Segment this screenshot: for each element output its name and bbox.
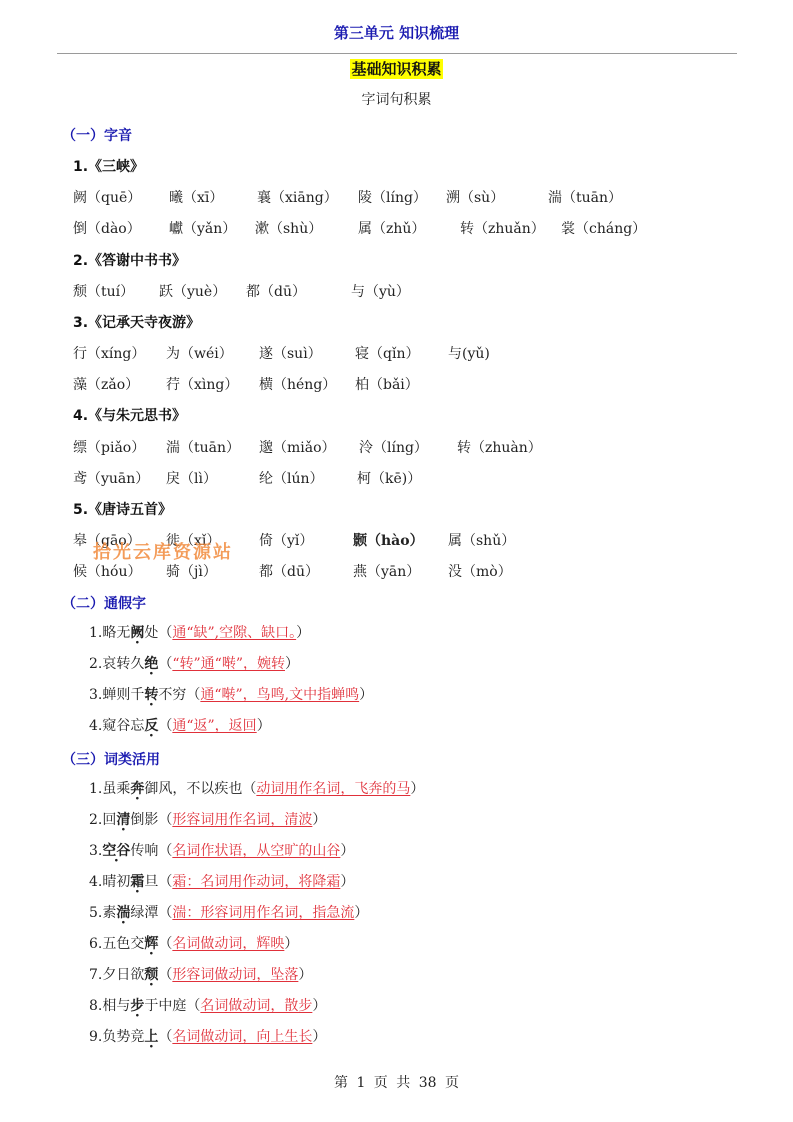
lesson-heading: 5.《唐诗五首》: [73, 499, 172, 519]
part-heading-tongjiazi: （二）通假字: [62, 593, 146, 613]
pinyin-entry: 荇（xìng）: [166, 374, 238, 394]
part-heading-pronunciation: （一）字音: [62, 125, 132, 145]
pinyin-entry: 缥（piǎo）: [73, 437, 145, 457]
wordclass-item: 4.晴初霜旦（霜：名词用作动词，将降霜）: [89, 871, 354, 891]
tongjiazi-item: 2.哀转久绝（“转”通“啭”，婉转）: [89, 653, 299, 673]
answer-text: 名词做动词，向上生长: [172, 1029, 312, 1045]
subtitle: 字词句积累: [0, 89, 793, 109]
pinyin-entry: 与（yù）: [351, 281, 410, 301]
item-prefix: 2.回: [89, 812, 116, 828]
answer-text: 名词做动词，辉映: [172, 936, 284, 952]
answer-text: 湍：形容词用作名词，指急流: [172, 905, 354, 921]
pinyin-entry: 裳（cháng）: [561, 218, 646, 238]
wordclass-item: 5.素湍绿潭（湍：形容词用作名词，指急流）: [89, 902, 368, 922]
wordclass-item: 1.虽乘奔御风，不以疾也（动词用作名词，飞奔的马）: [89, 778, 424, 798]
item-prefix: 4.晴初: [89, 874, 130, 890]
key-char: 转: [144, 687, 158, 703]
pinyin-entry: 陵（líng）: [358, 187, 427, 207]
pinyin-entry: 阙（quē）: [73, 187, 141, 207]
item-prefix: 4.窥谷忘: [89, 718, 144, 734]
key-char: 湍: [116, 905, 130, 921]
pinyin-entry: 柏（bǎi）: [355, 374, 419, 394]
close-paren: ）: [284, 936, 298, 952]
item-prefix: 3.: [89, 843, 102, 859]
pinyin-entry: 燕（yān）: [353, 561, 420, 581]
pinyin-entry: 纶（lún）: [259, 468, 324, 488]
close-paren: ）: [312, 1029, 326, 1045]
wordclass-item: 3.空谷传响（名词作状语，从空旷的山谷）: [89, 840, 354, 860]
key-char: 霜: [130, 874, 144, 890]
answer-text: 动词用作名词，飞奔的马: [256, 781, 410, 797]
pinyin-entry: 都（dū）: [259, 561, 319, 581]
key-char: 反: [144, 718, 158, 734]
tongjiazi-item: 3.蝉则千转不穷（通“啭”，鸟鸣,文中指蝉鸣）: [89, 684, 373, 704]
wordclass-item: 7.夕日欲颓（形容词做动词，坠落）: [89, 964, 312, 984]
close-paren: ）: [340, 874, 354, 890]
wordclass-item: 9.负势竞上（名词做动词，向上生长）: [89, 1026, 326, 1046]
pinyin-entry: 戾（lì）: [166, 468, 217, 488]
answer-text: 通“返”，返回: [172, 718, 256, 734]
lesson-heading: 1.《三峡》: [73, 156, 144, 176]
close-paren: ）: [296, 625, 310, 641]
close-paren: ）: [312, 998, 326, 1014]
page-header-title: 第三单元 知识梳理: [0, 22, 793, 43]
pinyin-entry: 横（héng）: [259, 374, 336, 394]
pinyin-entry: 转（zhuàn）: [457, 437, 542, 457]
pinyin-entry: 湍（tuān）: [166, 437, 240, 457]
item-text: （: [158, 936, 172, 952]
lesson-heading: 3.《记承天寺夜游》: [73, 312, 200, 332]
tongjiazi-item: 1.略无阙处（通“缺”,空隙、缺口。）: [89, 622, 310, 642]
item-prefix: 6.五色交: [89, 936, 144, 952]
lesson-heading: 4.《与朱元思书》: [73, 405, 186, 425]
pinyin-entry: 候（hóu）: [73, 561, 141, 581]
section-banner: 基础知识积累: [0, 58, 793, 79]
pinyin-entry: 属（zhǔ）: [358, 218, 425, 238]
item-text: 御风，不以疾也（: [144, 781, 256, 797]
close-paren: ）: [354, 905, 368, 921]
page-footer: 第 1 页 共 38 页: [0, 1072, 793, 1092]
answer-text: 通“啭”，鸟鸣,文中指蝉鸣: [200, 687, 359, 703]
pinyin-entry: 骑（jì）: [166, 561, 217, 581]
close-paren: ）: [298, 967, 312, 983]
watermark: 拾光云库资源站: [93, 538, 233, 564]
answer-text: 形容词做动词，坠落: [172, 967, 298, 983]
item-text: 于中庭（: [144, 998, 200, 1014]
pinyin-entry: 与(yǔ): [448, 343, 490, 363]
pinyin-entry: 属（shǔ）: [448, 530, 515, 550]
pinyin-entry: 柯（kē)）: [357, 468, 421, 488]
pinyin-entry: 颢（hào）: [353, 530, 424, 550]
pinyin-entry: 泠（líng）: [359, 437, 428, 457]
answer-text: 名词做动词，散步: [200, 998, 312, 1014]
wordclass-item: 8.相与步于中庭（名词做动词，散步）: [89, 995, 326, 1015]
header-divider: [57, 53, 737, 54]
close-paren: ）: [257, 718, 271, 734]
key-char: 辉: [144, 936, 158, 952]
close-paren: ）: [340, 843, 354, 859]
pinyin-entry: 行（xíng）: [73, 343, 145, 363]
close-paren: ）: [312, 812, 326, 828]
pinyin-entry: 藻（zǎo）: [73, 374, 139, 394]
key-char: 阙: [130, 625, 144, 641]
key-char: 清: [116, 812, 130, 828]
item-prefix: 2.哀转久: [89, 656, 144, 672]
pinyin-entry: 襄（xiāng）: [257, 187, 338, 207]
item-text: 不穷（: [158, 687, 200, 703]
pinyin-entry: 漱（shù）: [255, 218, 322, 238]
close-paren: ）: [285, 656, 299, 672]
item-prefix: 1.略无: [89, 625, 130, 641]
pinyin-entry: 转（zhuǎn）: [460, 218, 545, 238]
pinyin-entry: 寝（qǐn）: [355, 343, 419, 363]
pinyin-entry: 湍（tuān）: [548, 187, 622, 207]
lesson-heading: 2.《答谢中书书》: [73, 250, 186, 270]
pinyin-entry: 倒（dào）: [73, 218, 141, 238]
answer-text: 霜：名词用作动词，将降霜: [172, 874, 340, 890]
item-prefix: 9.负势竞: [89, 1029, 144, 1045]
pinyin-entry: 没（mò）: [448, 561, 512, 581]
pinyin-entry: 鸢（yuān）: [73, 468, 149, 488]
key-char: 空谷: [102, 843, 130, 859]
item-prefix: 8.相与: [89, 998, 130, 1014]
wordclass-item: 6.五色交辉（名词做动词，辉映）: [89, 933, 298, 953]
close-paren: ）: [359, 687, 373, 703]
key-char: 绝: [144, 656, 158, 672]
pinyin-entry: 溯（sù）: [446, 187, 504, 207]
pinyin-entry: 倚（yǐ）: [259, 530, 313, 550]
key-char: 颓: [144, 967, 158, 983]
answer-text: 形容词用作名词，清波: [172, 812, 312, 828]
item-text: （: [158, 1029, 172, 1045]
item-prefix: 5.素: [89, 905, 116, 921]
item-prefix: 3.蝉则千: [89, 687, 144, 703]
banner-label: 基础知识积累: [350, 59, 442, 79]
item-text: （: [158, 718, 172, 734]
pinyin-entry: 遂（suì）: [259, 343, 322, 363]
wordclass-item: 2.回清倒影（形容词用作名词，清波）: [89, 809, 326, 829]
item-text: 倒影（: [130, 812, 172, 828]
answer-text: 通“缺”,空隙、缺口。: [172, 625, 296, 641]
close-paren: ）: [410, 781, 424, 797]
item-text: 旦（: [144, 874, 172, 890]
pinyin-entry: 颓（tuí）: [73, 281, 134, 301]
tongjiazi-item: 4.窥谷忘反（通“返”，返回）: [89, 715, 271, 735]
answer-text: “转”通“啭”，婉转: [172, 656, 285, 672]
pinyin-entry: 为（wéi）: [166, 343, 233, 363]
key-char: 奔: [130, 781, 144, 797]
item-text: （: [158, 656, 172, 672]
item-text: 处（: [144, 625, 172, 641]
part-heading-wordclass: （三）词类活用: [62, 749, 160, 769]
pinyin-entry: 巘（yǎn）: [169, 218, 236, 238]
key-char: 步: [130, 998, 144, 1014]
item-text: 绿潭（: [130, 905, 172, 921]
item-text: （: [158, 967, 172, 983]
pinyin-entry: 跃（yuè）: [159, 281, 226, 301]
answer-text: 名词作状语，从空旷的山谷: [172, 843, 340, 859]
item-text: 传响（: [130, 843, 172, 859]
pinyin-entry: 曦（xī）: [169, 187, 223, 207]
key-char: 上: [144, 1029, 158, 1045]
item-prefix: 1.虽乘: [89, 781, 130, 797]
pinyin-entry: 邈（miǎo）: [259, 437, 336, 457]
pinyin-entry: 都（dū）: [246, 281, 306, 301]
item-prefix: 7.夕日欲: [89, 967, 144, 983]
